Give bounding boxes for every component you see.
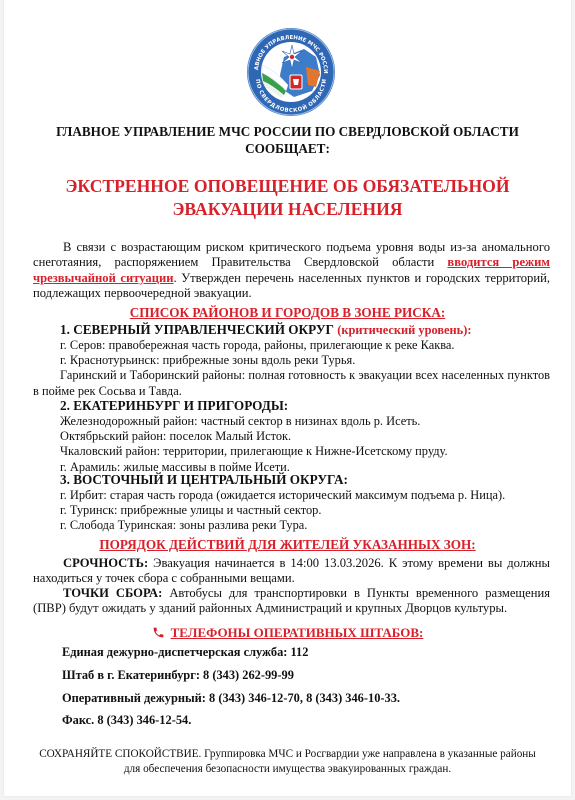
mchs-emblem-logo: ГЛАВНОЕ УПРАВЛЕНИЕ МЧС РОССИИ ПО СВЕРДЛО… — [246, 27, 336, 117]
phone-line-fax: Факс. 8 (343) 346-12-54. — [62, 713, 191, 728]
list-item: Железнодорожный район: частный сектор в … — [60, 414, 550, 429]
assembly-points-paragraph: ТОЧКИ СБОРА: Автобусы для транспортировк… — [33, 586, 550, 617]
list-item: Октябрьский район: поселок Малый Исток. — [60, 429, 550, 444]
zone-yekaterinburg: 2. ЕКАТЕРИНБУРГ И ПРИГОРОДЫ: Железнодоро… — [60, 398, 550, 475]
list-item: г. Туринск: прибрежные улицы и частный с… — [60, 503, 550, 518]
phones-heading: ТЕЛЕФОНЫ ОПЕРАТИВНЫХ ШТАБОВ: — [171, 625, 424, 640]
footer-note: СОХРАНЯЙТЕ СПОКОЙСТВИЕ. Группировка МЧС … — [24, 747, 551, 776]
phones-heading-row: ТЕЛЕФОНЫ ОПЕРАТИВНЫХ ШТАБОВ: — [24, 624, 551, 644]
issuer-header-line1: ГЛАВНОЕ УПРАВЛЕНИЕ МЧС РОССИИ ПО СВЕРДЛО… — [24, 123, 551, 140]
list-item: г. Ирбит: старая часть города (ожидается… — [60, 488, 550, 503]
alert-title: ЭКСТРЕННОЕ ОПОВЕЩЕНИЕ ОБ ОБЯЗАТЕЛЬНОЙ ЭВ… — [24, 175, 551, 221]
zone-title: 2. ЕКАТЕРИНБУРГ И ПРИГОРОДЫ: — [60, 398, 550, 414]
intro-paragraph: В связи с возрастающим риском критическо… — [33, 240, 550, 301]
list-item: г. Краснотурьинск: прибрежные зоны вдоль… — [33, 353, 550, 368]
footer-line2: для обеспечения безопасности имущества э… — [24, 762, 551, 777]
document-page: ГЛАВНОЕ УПРАВЛЕНИЕ МЧС РОССИИ ПО СВЕРДЛО… — [4, 0, 571, 796]
urgency-label: СРОЧНОСТЬ: — [63, 556, 148, 570]
list-item: г. Серов: правобережная часть города, ра… — [33, 338, 550, 353]
issuer-header-line2: СООБЩАЕТ: — [24, 140, 551, 157]
alert-title-line2: ЭВАКУАЦИИ НАСЕЛЕНИЯ — [24, 198, 551, 221]
zone-eastern-central: 3. ВОСТОЧНЫЙ И ЦЕНТРАЛЬНЫЙ ОКРУГА: г. Ир… — [60, 472, 550, 534]
footer-line1: СОХРАНЯЙТЕ СПОКОЙСТВИЕ. Группировка МЧС … — [24, 747, 551, 762]
zone-title-text: 1. СЕВЕРНЫЙ УПРАВЛЕНЧЕСКИЙ ОКРУГ — [60, 322, 334, 337]
urgency-paragraph: СРОЧНОСТЬ: Эвакуация начинается в 14:00 … — [33, 556, 550, 587]
list-item: Гаринский и Таборинский районы: полная г… — [33, 368, 550, 398]
zone-northern: 1. СЕВЕРНЫЙ УПРАВЛЕНЧЕСКИЙ ОКРУГ (критич… — [33, 322, 550, 399]
assembly-points-label: ТОЧКИ СБОРА: — [63, 586, 162, 600]
list-item: г. Слобода Туринская: зоны разлива реки … — [60, 518, 550, 533]
phone-line-hq: Штаб в г. Екатеринбург: 8 (343) 262-99-9… — [62, 668, 294, 683]
phone-line-112: Единая дежурно-диспетчерская служба: 112 — [62, 645, 308, 660]
issuer-header: ГЛАВНОЕ УПРАВЛЕНИЕ МЧС РОССИИ ПО СВЕРДЛО… — [24, 123, 551, 157]
zone-title: 3. ВОСТОЧНЫЙ И ЦЕНТРАЛЬНЫЙ ОКРУГА: — [60, 472, 550, 488]
risk-list-heading: СПИСОК РАЙОНОВ И ГОРОДОВ В ЗОНЕ РИСКА: — [24, 305, 551, 321]
zone-title: 1. СЕВЕРНЫЙ УПРАВЛЕНЧЕСКИЙ ОКРУГ (критич… — [33, 322, 550, 338]
alert-title-line1: ЭКСТРЕННОЕ ОПОВЕЩЕНИЕ ОБ ОБЯЗАТЕЛЬНОЙ — [24, 175, 551, 198]
procedure-heading: ПОРЯДОК ДЕЙСТВИЙ ДЛЯ ЖИТЕЛЕЙ УКАЗАННЫХ З… — [24, 537, 551, 553]
phone-icon — [152, 626, 165, 644]
phone-line-duty: Оперативный дежурный: 8 (343) 346-12-70,… — [62, 691, 400, 706]
list-item: Чкаловский район: территории, прилегающи… — [60, 444, 550, 459]
zone-level-badge: (критический уровень): — [337, 323, 471, 337]
